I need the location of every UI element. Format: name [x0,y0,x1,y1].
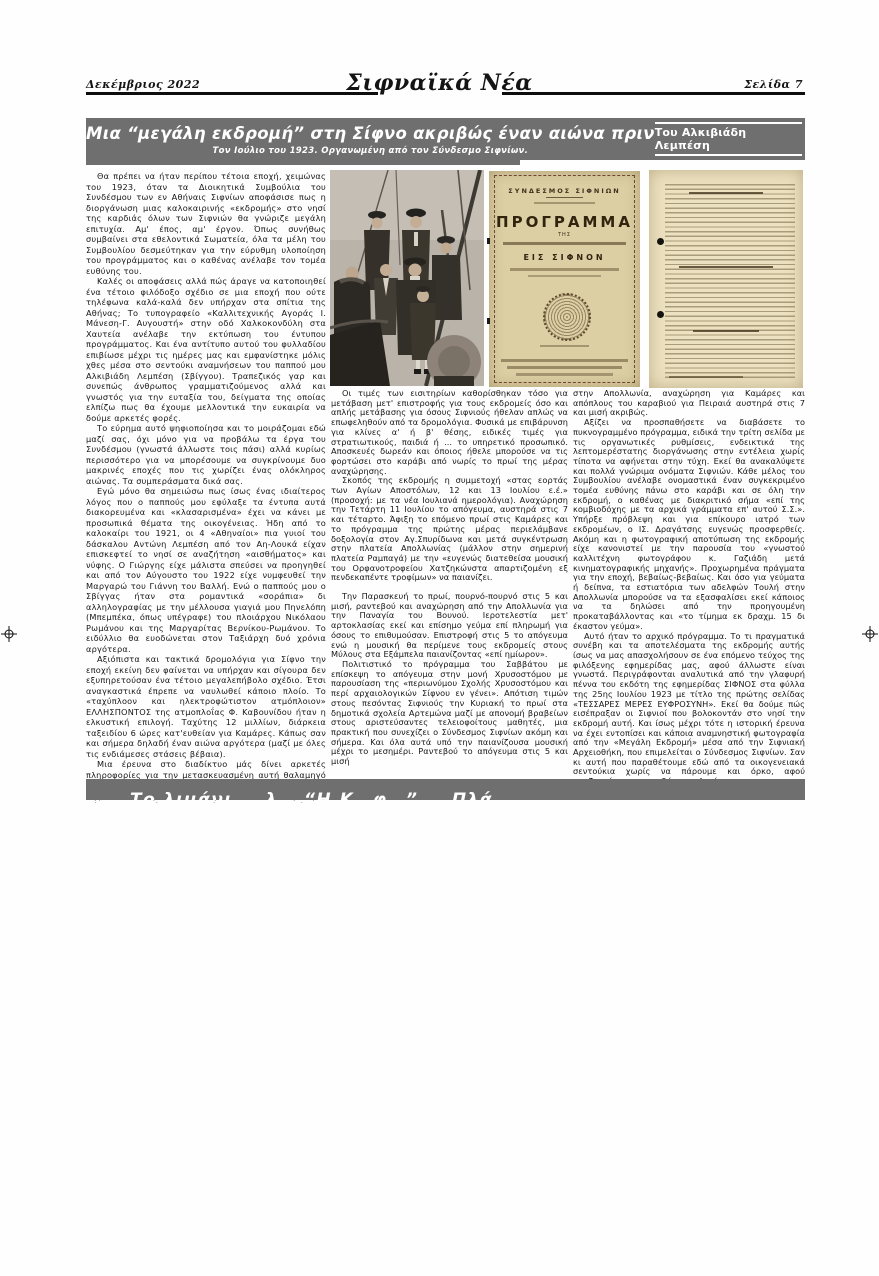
paragraph: Οι τιμές των εισιτηρίων καθορίσθηκαν τόσ… [331,389,568,476]
paragraph: Αξιόπιστα και τακτικά δρομολόγια για Σίφ… [86,654,326,759]
booklet-tis: ΤΗΣ [489,232,640,238]
article-column-2: Οι τιμές των εισιτηρίων καθορίσθηκαν τόσ… [331,389,568,779]
article-title: Μια “μεγάλη εκδρομή” στη Σίφνο ακριβώς έ… [86,124,655,143]
document-footer-line [669,376,743,378]
article-subtitle: Τον Ιούλιο του 1923. Οργανωμένη από τον … [213,146,529,156]
ship-deck-photo-illustration [330,170,484,386]
paragraph: Εγώ μόνο θα σημειώσω πως ίσως ένας ιδιαί… [86,486,326,654]
program-page-image [649,170,803,388]
paragraph: Πολιτιστικό το πρόγραμμα του Σαββάτου με… [331,660,568,767]
paragraph: Σκοπός της εκδρομής η συμμετοχή «στας εο… [331,476,568,583]
booklet-border [494,175,635,383]
paragraph: Αυτό ήταν το αρχικό πρόγραμμα. Το τι πρα… [573,632,805,787]
registration-mark-icon [1,626,17,642]
booklet-illegible-line [540,345,588,347]
punch-hole [657,311,664,318]
booklet-illegible-line [501,359,628,362]
punch-hole [657,238,664,245]
paragraph: στην Απολλωνία, αναχώρηση για Καμάρες κα… [573,389,805,418]
paragraph: Αξίζει να προσπαθήσετε να διαβάσετε το π… [573,418,805,631]
booklet-illegible-line [510,268,619,271]
booklet-illegible-line [507,366,622,369]
header-rule-right [502,92,805,95]
byline-box: Του Αλκιβιάδη Λεμπέση [655,122,802,156]
registration-mark-icon [862,626,878,642]
page-number: Σελίδα 7 [744,78,803,91]
document-heading-line [689,192,763,194]
document-text-lines [665,184,795,378]
title-bar-extension [86,159,520,165]
document-heading-line [679,266,773,268]
booklet-illegible-line [534,202,594,204]
booklet-illegible-line [503,242,627,245]
title-block: Μια “μεγάλη εκδρομή” στη Σίφνο ακριβώς έ… [86,118,655,160]
next-article-headline-bar: Το λιμάνι … λ… “Η Κ…φ…” … Πλά… [86,779,805,800]
paragraph: Την Παρασκευή το πρωί, πουρνό-πουρνό στι… [331,592,568,660]
program-booklet-image: ΣΥΝΔΕΣΜΟΣ ΣΙΦΝΙΩΝ ΠΡΟΓΡΑΜΜΑ ΤΗΣ ΕΙΣ ΣΙΦΝ… [489,171,640,387]
newspaper-page: Δεκέμβριος 2022 Σιφναϊκά Νέα Σελίδα 7 Μι… [0,0,879,1276]
scan-edge-tick [487,238,490,244]
article-column-1: Θα πρέπει να ήταν περίπου τέτοια εποχή, … [86,171,326,803]
next-article-partial-headline: Το λιμάνι … λ… “Η Κ…φ…” … Πλά… [130,790,512,800]
paragraph: Καλές οι αποφάσεις αλλά πώς άραγε να κατ… [86,276,326,423]
booklet-emblem-seal [543,293,591,341]
booklet-illegible-line [516,373,613,376]
booklet-society-name: ΣΥΝΔΕΣΜΟΣ ΣΙΦΝΙΩΝ [489,187,640,195]
booklet-title: ΠΡΟΓΡΑΜΜΑ [489,213,640,231]
booklet-rule [546,197,582,198]
booklet-eis-sifnon: ΕΙΣ ΣΙΦΝΟΝ [489,253,640,262]
byline: Του Αλκιβιάδη Λεμπέση [655,126,802,152]
header-rule-left [86,92,378,95]
scan-edge-tick [487,318,490,324]
document-heading-line [693,330,759,332]
booklet-illegible-line [528,275,601,277]
paragraph: Θα πρέπει να ήταν περίπου τέτοια εποχή, … [86,171,326,276]
paragraph: Το εύρημα αυτό ψηφιοποίησα και το μοιράζ… [86,423,326,486]
excursion-photo [330,170,484,386]
article-column-3: στην Απολλωνία, αναχώρηση για Καμάρες κα… [573,389,805,794]
article-title-bar: Μια “μεγάλη εκδρομή” στη Σίφνο ακριβώς έ… [86,118,805,160]
